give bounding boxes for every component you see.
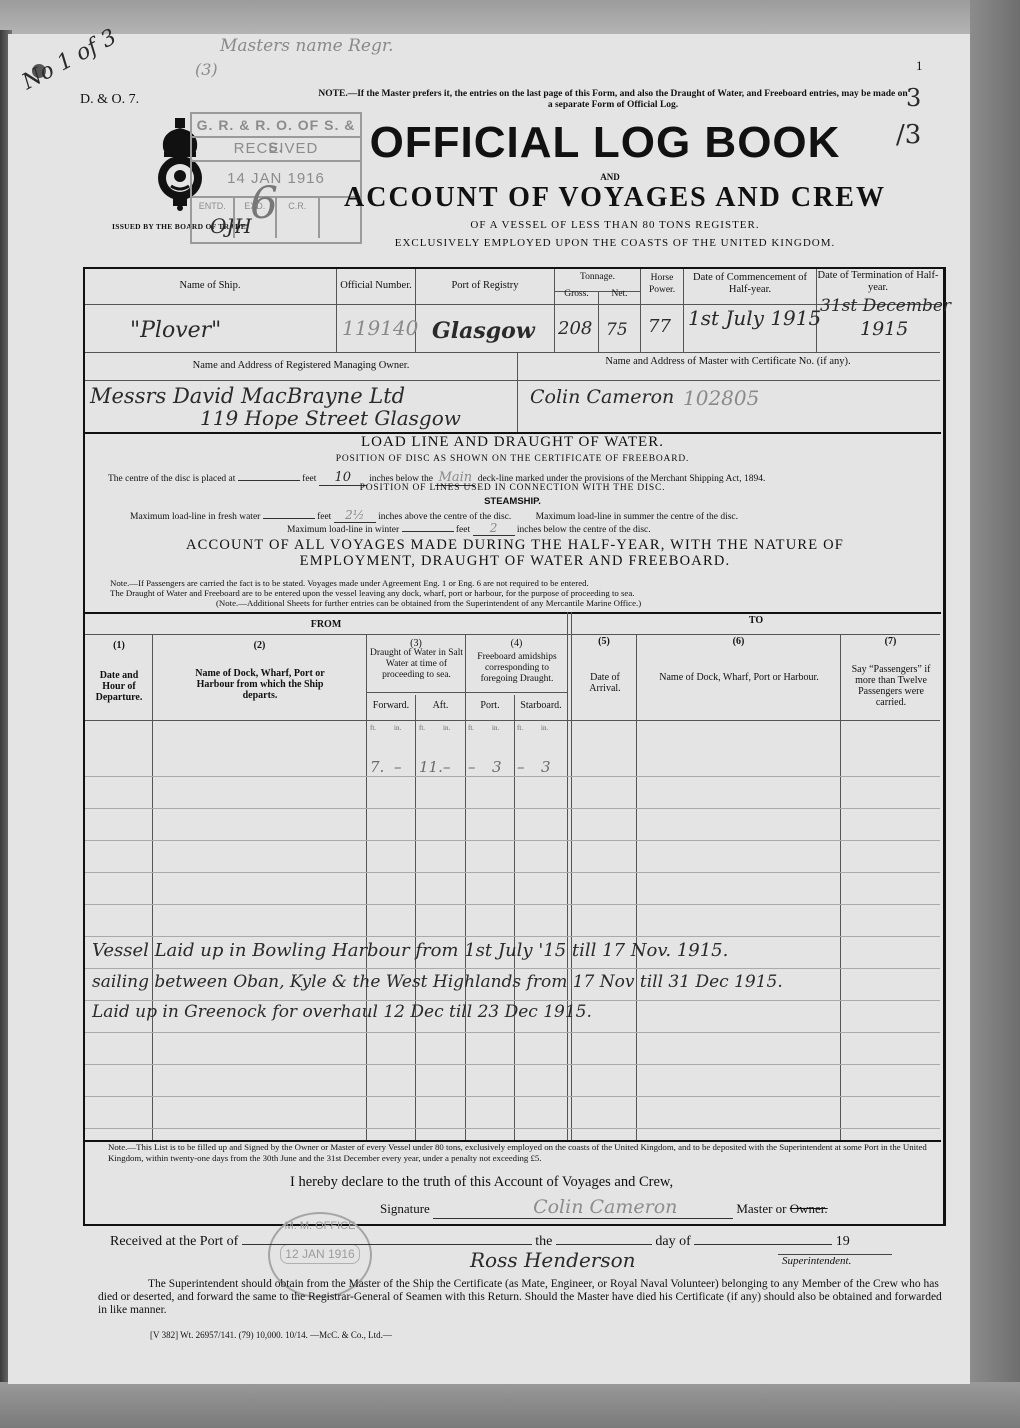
port-in: 3 bbox=[492, 758, 517, 776]
master-signature: Colin Cameron bbox=[433, 1196, 733, 1219]
col2-label: Name of Dock, Wharf, Port or Harbour fro… bbox=[185, 668, 335, 701]
termination-value-line1: 31st December bbox=[820, 296, 951, 316]
col4-num: (4) bbox=[466, 638, 567, 649]
ft-in-labels: ft.in. ft.in. ft.in. ft.in. bbox=[370, 724, 567, 732]
load-line-title: LOAD LINE AND DRAUGHT OF WATER. bbox=[85, 434, 940, 451]
disc-feet-field bbox=[238, 480, 300, 481]
remark-line-1: Vessel Laid up in Bowling Harbour from 1… bbox=[92, 940, 728, 961]
corner-mark-2: /3 bbox=[896, 120, 921, 150]
official-number-value: 119140 bbox=[342, 316, 418, 340]
stamp-line1: G. R. & R. O. OF S. & S. bbox=[192, 114, 360, 138]
declaration-text: I hereby declare to the truth of this Ac… bbox=[290, 1174, 673, 1191]
superintendent-instructions: The Superintendent should obtain from th… bbox=[98, 1278, 943, 1317]
winter-inches-field: 2 bbox=[473, 521, 515, 536]
superintendent-signature: Ross Henderson bbox=[470, 1248, 636, 1272]
commencement-value: 1st July 1915 bbox=[688, 306, 821, 330]
stamp-cell-entd: ENTD. bbox=[192, 198, 235, 238]
stamp-cell-cr: C.R. bbox=[277, 198, 320, 238]
col6-label: Name of Dock, Wharf, Port or Harbour. bbox=[650, 672, 828, 683]
subtitle-line1: OF A VESSEL OF LESS THAN 80 TONS REGISTE… bbox=[380, 219, 850, 231]
voyages-table-body bbox=[85, 720, 940, 1142]
to-header: TO bbox=[572, 615, 940, 626]
superintendent-label: Superintendent. bbox=[778, 1254, 892, 1267]
received-port-field bbox=[242, 1244, 532, 1245]
header-tonnage: Tonnage. bbox=[555, 271, 640, 283]
owner-label: Name and Address of Registered Managing … bbox=[85, 360, 517, 372]
header-official-number: Official Number. bbox=[337, 280, 415, 292]
annotation-masters-name: Masters name Regr. bbox=[220, 36, 394, 56]
signature-line: Signature Colin Cameron Master or Owner. bbox=[380, 1196, 828, 1219]
load-line-sub2: POSITION OF LINES USED IN CONNECTION WIT… bbox=[85, 483, 940, 493]
owner-line2: 119 Hope Street Glasgow bbox=[200, 406, 461, 430]
gross-value: 208 bbox=[558, 318, 592, 339]
col5-num: (5) bbox=[572, 636, 636, 647]
received-day-field bbox=[556, 1244, 652, 1245]
col7-num: (7) bbox=[841, 636, 940, 647]
port-ft: – bbox=[468, 758, 492, 776]
page-number: 1 bbox=[916, 58, 923, 74]
title-and: AND bbox=[570, 172, 650, 182]
aft-in: – bbox=[443, 758, 468, 776]
termination-value-line2: 1915 bbox=[860, 318, 908, 340]
annotation-paren: (3) bbox=[195, 60, 218, 79]
sub-port: Port. bbox=[466, 700, 514, 711]
col1-num: (1) bbox=[86, 640, 152, 651]
stamp-handwritten-mark: 6 bbox=[250, 178, 278, 229]
sub-forward: Forward. bbox=[367, 700, 415, 711]
horse-power-value: 77 bbox=[648, 316, 671, 337]
ship-name-value: "Plover" bbox=[130, 318, 221, 343]
account-notes: Note.—If Passengers are carried the fact… bbox=[110, 578, 930, 608]
page-subtitle: ACCOUNT OF VOYAGES AND CREW bbox=[315, 182, 915, 214]
declaration-note: Note.—This List is to be filled up and S… bbox=[108, 1142, 938, 1163]
col2-num: (2) bbox=[153, 640, 366, 651]
aft-ft: 11. bbox=[419, 758, 443, 776]
starboard-ft: – bbox=[517, 758, 541, 776]
printer-imprint: [V 382] Wt. 26957/141. (79) 10,000. 10/1… bbox=[150, 1330, 392, 1340]
sub-aft: Aft. bbox=[416, 700, 465, 711]
forward-in: – bbox=[394, 758, 419, 776]
scan-background-right bbox=[970, 0, 1020, 1428]
fresh-feet-field bbox=[263, 518, 315, 519]
account-title: ACCOUNT OF ALL VOYAGES MADE DURING THE H… bbox=[100, 537, 930, 569]
master-name: Colin Cameron bbox=[530, 386, 674, 408]
header-horse-power: Horse Power. bbox=[641, 272, 683, 296]
forward-ft: 7. bbox=[370, 758, 394, 776]
page-title: OFFICIAL LOG BOOK bbox=[340, 118, 870, 168]
col1-label: Date and Hour of Departure. bbox=[92, 670, 146, 703]
col7-label: Say “Passengers” if more than Twelve Pas… bbox=[843, 664, 939, 708]
load-line-sub1: POSITION OF DISC AS SHOWN ON THE CERTIFI… bbox=[85, 454, 940, 464]
sub-starboard: Starboard. bbox=[515, 700, 567, 711]
remark-line-2: sailing between Oban, Kyle & the West Hi… bbox=[92, 972, 783, 992]
col3-label: Draught of Water in Salt Water at time o… bbox=[370, 648, 463, 681]
header-termination: Date of Termination of Half-year. bbox=[817, 270, 939, 294]
scan-background-bottom bbox=[0, 1382, 1020, 1428]
winter-line: Maximum load-line in winter feet 2 inche… bbox=[287, 521, 651, 536]
from-header: FROM bbox=[85, 619, 567, 630]
steamship-label: STEAMSHIP. bbox=[85, 496, 940, 507]
master-label: Name and Address of Master with Certific… bbox=[518, 356, 938, 368]
received-month-field bbox=[694, 1244, 832, 1245]
col6-num: (6) bbox=[637, 636, 840, 647]
header-note: NOTE.—If the Master prefers it, the entr… bbox=[318, 89, 908, 111]
corner-mark-1: 3 bbox=[906, 84, 921, 112]
stamp-line2: RECEIVED bbox=[192, 138, 360, 162]
winter-feet-field bbox=[402, 531, 454, 532]
form-code: D. & O. 7. bbox=[80, 92, 139, 108]
header-ship-name: Name of Ship. bbox=[85, 280, 335, 292]
net-value: 75 bbox=[606, 320, 628, 340]
header-commencement: Date of Commencement of Half-year. bbox=[684, 272, 816, 296]
col5-label: Date of Arrival. bbox=[576, 672, 634, 694]
header-net: Net. bbox=[599, 288, 640, 300]
header-port: Port of Registry bbox=[416, 280, 554, 292]
draught-row-1: 7.– 11.– –3 –3 bbox=[370, 758, 567, 776]
starboard-in: 3 bbox=[541, 758, 566, 776]
col4-label: Freeboard amidships corresponding to for… bbox=[468, 652, 566, 685]
owner-line1: Messrs David MacBrayne Ltd bbox=[90, 384, 405, 408]
header-gross: Gross. bbox=[555, 288, 598, 300]
master-certificate: 102805 bbox=[683, 386, 759, 410]
scan-background-top bbox=[0, 0, 1020, 36]
port-value: Glasgow bbox=[432, 318, 535, 344]
remark-line-3: Laid up in Greenock for overhaul 12 Dec … bbox=[92, 1002, 592, 1022]
subtitle-line2: EXCLUSIVELY EMPLOYED UPON THE COASTS OF … bbox=[330, 237, 900, 249]
